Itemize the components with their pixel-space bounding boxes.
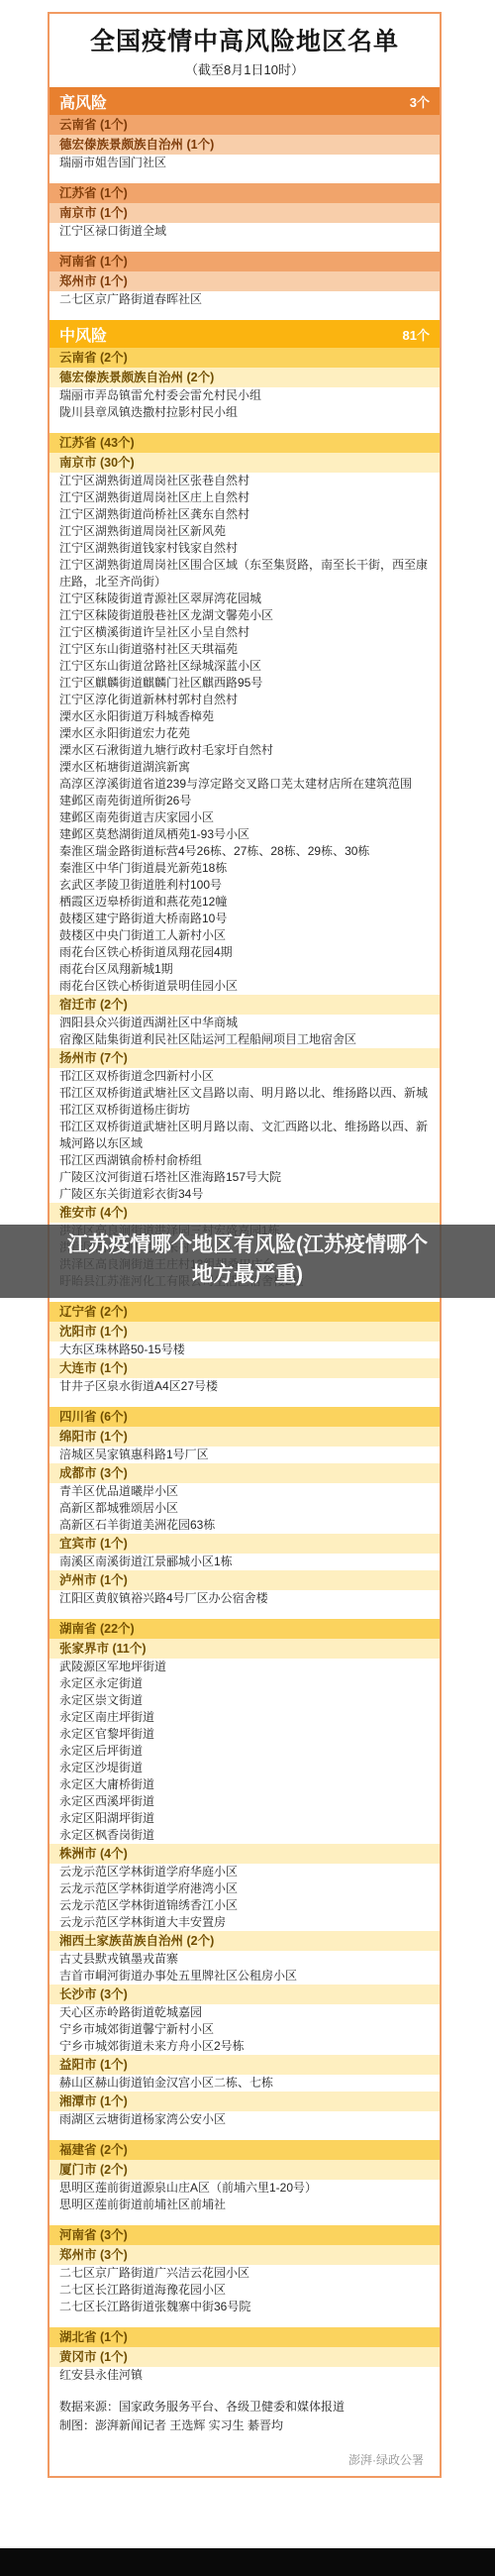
area-item: 南溪区南溪街道江景郦城小区1栋 (49, 1554, 440, 1570)
area-item: 永定区永定街道 (49, 1675, 440, 1692)
area-item: 溧水区柘塘街道湖滨新寓 (49, 759, 440, 776)
province-group: 河南省 (1个)郑州市 (1个)二七区京广路街道春晖社区 (49, 252, 440, 308)
card-footer: 数据来源：国家政务服务平台、各级卫健委和媒体报道 制图：澎湃新闻记者 王选辉 实… (49, 2398, 440, 2476)
area-item: 泗阳县众兴街道西湖社区中华商城 (49, 1015, 440, 1031)
area-item: 江宁区东山街道骆村社区天琪福苑 (49, 641, 440, 658)
area-item: 二七区京广路街道春晖社区 (49, 291, 440, 308)
area-item: 邗江区双桥街道武塘社区文昌路以南、明月路以北、维扬路以西、新城 (49, 1085, 440, 1102)
city-row: 成都市 (3个) (49, 1463, 440, 1483)
area-item: 江阳区黄舣镇裕兴路4号厂区办公宿舍楼 (49, 1590, 440, 1607)
area-item: 永定区南庄坪街道 (49, 1709, 440, 1726)
area-item: 二七区长江路街道张魏寨中街36号院 (49, 2299, 440, 2315)
area-item: 吉首市峒河街道办事处五里牌社区公租房小区 (49, 1968, 440, 1985)
area-item: 高淳区淳溪街道省道239与淳定路交叉路口芜太建材店所在建筑范围 (49, 776, 440, 793)
city-row: 淮安市 (4个) (49, 1203, 440, 1223)
area-item: 江宁区湖熟街道周岗社区庄上自然村 (49, 489, 440, 506)
city-row: 湘西土家族苗族自治州 (2个) (49, 1931, 440, 1951)
province-group: 江苏省 (1个)南京市 (1个)江宁区禄口街道全域 (49, 183, 440, 240)
province-row: 云南省 (2个) (49, 348, 440, 368)
province-row: 四川省 (6个) (49, 1407, 440, 1427)
area-item: 江宁区湖熟街道周岗社区新风苑 (49, 523, 440, 540)
city-row: 德宏傣族景颇族自治州 (2个) (49, 368, 440, 387)
area-item: 江宁区横溪街道许呈社区小呈自然村 (49, 624, 440, 641)
high-risk-bar: 高风险3个 (49, 87, 440, 115)
province-row: 辽宁省 (2个) (49, 1302, 440, 1322)
area-item: 武陵源区军地坪街道 (49, 1659, 440, 1675)
watermark-title-text: 江苏疫情哪个地区有风险(江苏疫情哪个地方最严重) (59, 1231, 436, 1290)
city-row: 厦门市 (2个) (49, 2160, 440, 2180)
city-row: 湘潭市 (1个) (49, 2092, 440, 2111)
area-item: 江宁区湖熟街道周岗社区张巷自然村 (49, 473, 440, 489)
area-item: 永定区沙堤街道 (49, 1760, 440, 1776)
province-row: 福建省 (2个) (49, 2140, 440, 2160)
area-item: 青羊区优品道曦岸小区 (49, 1483, 440, 1500)
area-item: 永定区枫香岗街道 (49, 1827, 440, 1844)
area-item: 建邺区南苑街道所街26号 (49, 793, 440, 809)
province-row: 湖北省 (1个) (49, 2327, 440, 2347)
area-item: 邗江区双桥街道杨庄街坊 (49, 1102, 440, 1119)
city-row: 郑州市 (3个) (49, 2245, 440, 2265)
area-item: 玄武区孝陵卫街道胜利村100号 (49, 877, 440, 894)
watermark-title-overlay: 江苏疫情哪个地区有风险(江苏疫情哪个地方最严重) (0, 1225, 495, 1298)
area-item: 栖霞区迈皋桥街道和燕花苑12幢 (49, 894, 440, 911)
city-row: 宿迁市 (2个) (49, 995, 440, 1015)
area-item: 永定区崇文街道 (49, 1692, 440, 1709)
city-row: 德宏傣族景颇族自治州 (1个) (49, 135, 440, 155)
area-item: 宁乡市城郊街道未来方舟小区2号栋 (49, 2038, 440, 2055)
province-group: 福建省 (2个)厦门市 (2个)思明区莲前街道源泉山庄A区（前埔六里1-20号）… (49, 2140, 440, 2213)
city-row: 沈阳市 (1个) (49, 1322, 440, 1342)
province-group: 湖北省 (1个)黄冈市 (1个)红安县永佳河镇 (49, 2327, 440, 2384)
card-header: 全国疫情中高风险地区名单 （截至8月1日10时） (49, 14, 440, 87)
city-row: 大连市 (1个) (49, 1358, 440, 1378)
area-item: 鼓楼区中央门街道工人新村小区 (49, 927, 440, 944)
province-group: 云南省 (1个)德宏傣族景颇族自治州 (1个)瑞丽市姐告国门社区 (49, 115, 440, 171)
area-item: 江宁区禄口街道全域 (49, 223, 440, 240)
bottom-black-bar (0, 2548, 495, 2576)
page-subtitle: （截至8月1日10时） (55, 61, 434, 78)
province-row: 云南省 (1个) (49, 115, 440, 135)
province-group: 四川省 (6个)绵阳市 (1个)涪城区吴家镇惠科路1号厂区成都市 (3个)青羊区… (49, 1407, 440, 1607)
city-row: 黄冈市 (1个) (49, 2347, 440, 2367)
area-item: 江宁区湖熟街道尚桥社区龚东自然村 (49, 506, 440, 523)
area-item: 邗江区双桥街道武塘社区明月路以南、文汇西路以北、维扬路以西、新城河路以东区域 (49, 1119, 440, 1152)
city-row: 宜宾市 (1个) (49, 1534, 440, 1554)
area-item: 溧水区永阳街道宏力花苑 (49, 725, 440, 742)
section-count: 81个 (403, 325, 430, 344)
area-item: 红安县永佳河镇 (49, 2367, 440, 2384)
area-item: 建邺区莫愁湖街道凤栖苑1-93号小区 (49, 826, 440, 843)
area-item: 江宁区湖熟街道钱家村钱家自然村 (49, 540, 440, 557)
area-item: 江宁区东山街道岔路社区绿城深蓝小区 (49, 658, 440, 675)
area-item: 云龙示范区学林街道大丰安置房 (49, 1914, 440, 1931)
area-item: 二七区长江路街道海豫花园小区 (49, 2282, 440, 2299)
area-item: 江宁区秣陵街道殷巷社区龙湖文馨苑小区 (49, 607, 440, 624)
province-group: 辽宁省 (2个)沈阳市 (1个)大东区珠林路50-15号楼大连市 (1个)甘井子… (49, 1302, 440, 1395)
credit-note: 制图：澎湃新闻记者 王选辉 实习生 綦晋均 (59, 2416, 430, 2435)
area-item: 云龙示范区学林街道学府华庭小区 (49, 1864, 440, 1880)
area-item: 涪城区吴家镇惠科路1号厂区 (49, 1447, 440, 1463)
area-item: 建邺区南苑街道吉庆家园小区 (49, 809, 440, 826)
area-item: 广陵区东关街道彩衣街34号 (49, 1186, 440, 1203)
area-item: 江宁区湖熟街道周岗社区围合区域（东至集贤路，南至长干街，西至康庄路，北至齐尚街） (49, 557, 440, 590)
province-row: 江苏省 (43个) (49, 433, 440, 453)
area-item: 天心区赤岭路街道乾城嘉园 (49, 2004, 440, 2021)
province-group: 云南省 (2个)德宏傣族景颇族自治州 (2个)瑞丽市弄岛镇雷允村委会雷允村民小组… (49, 348, 440, 421)
province-row: 河南省 (1个) (49, 252, 440, 271)
area-item: 永定区后坪街道 (49, 1743, 440, 1760)
area-item: 雨湖区云塘街道杨家湾公安小区 (49, 2111, 440, 2128)
area-item: 秦淮区瑞金路街道标营4号26栋、27栋、28栋、29栋、30栋 (49, 843, 440, 860)
area-item: 大东区珠林路50-15号楼 (49, 1342, 440, 1358)
area-item: 甘井子区泉水街道A4区27号楼 (49, 1378, 440, 1395)
area-item: 宿豫区陆集街道利民社区陆运河工程船闸项目工地宿舍区 (49, 1031, 440, 1048)
city-row: 株洲市 (4个) (49, 1844, 440, 1864)
medium-risk-bar: 中风险81个 (49, 320, 440, 348)
city-row: 南京市 (1个) (49, 203, 440, 223)
area-item: 鼓楼区建宁路街道大桥南路10号 (49, 911, 440, 927)
area-item: 溧水区永阳街道万科城香樟苑 (49, 708, 440, 725)
area-item: 陇川县章凤镇迭撒村拉影村民小组 (49, 404, 440, 421)
area-item: 高新区石羊街道美洲花园63栋 (49, 1517, 440, 1534)
area-item: 江宁区秣陵街道青源社区翠屏湾花园城 (49, 590, 440, 607)
area-item: 雨花台区凤翔新城1期 (49, 961, 440, 978)
section-label: 高风险 (59, 90, 107, 113)
section-count: 3个 (410, 92, 430, 111)
province-group: 湖南省 (22个)张家界市 (11个)武陵源区军地坪街道永定区永定街道永定区崇文… (49, 1619, 440, 2128)
city-row: 张家界市 (11个) (49, 1639, 440, 1659)
area-item: 雨花台区铁心桥街道凤翔花园4期 (49, 944, 440, 961)
area-item: 永定区西溪坪街道 (49, 1793, 440, 1810)
area-item: 秦淮区中华门街道晨光新苑18栋 (49, 860, 440, 877)
area-item: 赫山区赫山街道铂金汉宫小区二栋、七栋 (49, 2075, 440, 2092)
city-row: 泸州市 (1个) (49, 1570, 440, 1590)
area-item: 云龙示范区学林街道学府港湾小区 (49, 1880, 440, 1897)
province-row: 湖南省 (22个) (49, 1619, 440, 1639)
area-item: 永定区阳湖坪街道 (49, 1810, 440, 1827)
area-item: 永定区官黎坪街道 (49, 1726, 440, 1743)
page-title: 全国疫情中高风险地区名单 (55, 27, 434, 56)
area-item: 古丈县默戎镇墨戎苗寨 (49, 1951, 440, 1968)
area-item: 广陵区汶河街道石塔社区淮海路157号大院 (49, 1169, 440, 1186)
data-source-note: 数据来源：国家政务服务平台、各级卫健委和媒体报道 (59, 2398, 430, 2416)
area-item: 江宁区淳化街道新林村郭村自然村 (49, 692, 440, 708)
city-row: 绵阳市 (1个) (49, 1427, 440, 1447)
area-item: 云龙示范区学林街道锦绣香江小区 (49, 1897, 440, 1914)
province-row: 江苏省 (1个) (49, 183, 440, 203)
area-item: 高新区都城雅颂居小区 (49, 1500, 440, 1517)
city-row: 郑州市 (1个) (49, 271, 440, 291)
section-label: 中风险 (59, 323, 107, 346)
area-item: 雨花台区铁心桥街道景明佳园小区 (49, 978, 440, 995)
area-item: 思明区莲前街道前埔社区前埔社 (49, 2197, 440, 2213)
area-item: 瑞丽市姐告国门社区 (49, 155, 440, 171)
area-item: 宁乡市城郊街道馨宁新村小区 (49, 2021, 440, 2038)
area-item: 江宁区麒麟街道麒麟门社区麒西路95号 (49, 675, 440, 692)
city-row: 南京市 (30个) (49, 453, 440, 473)
area-item: 思明区莲前街道源泉山庄A区（前埔六里1-20号） (49, 2180, 440, 2197)
city-row: 长沙市 (3个) (49, 1985, 440, 2004)
area-item: 瑞丽市弄岛镇雷允村委会雷允村民小组 (49, 387, 440, 404)
area-item: 永定区大庸桥街道 (49, 1776, 440, 1793)
city-row: 扬州市 (7个) (49, 1048, 440, 1068)
province-group: 江苏省 (43个)南京市 (30个)江宁区湖熟街道周岗社区张巷自然村江宁区湖熟街… (49, 433, 440, 1290)
province-row: 河南省 (3个) (49, 2225, 440, 2245)
province-group: 河南省 (3个)郑州市 (3个)二七区京广路街道广兴洁云花园小区二七区长江路街道… (49, 2225, 440, 2315)
brand-watermark: 澎湃·绿政公署 (59, 2451, 430, 2468)
city-row: 益阳市 (1个) (49, 2055, 440, 2075)
area-item: 溧水区石湫街道九塘行政村毛家圩自然村 (49, 742, 440, 759)
area-item: 邗江区双桥街道念四新村小区 (49, 1068, 440, 1085)
area-item: 邗江区西湖镇俞桥村俞桥组 (49, 1152, 440, 1169)
area-item: 二七区京广路街道广兴洁云花园小区 (49, 2265, 440, 2282)
